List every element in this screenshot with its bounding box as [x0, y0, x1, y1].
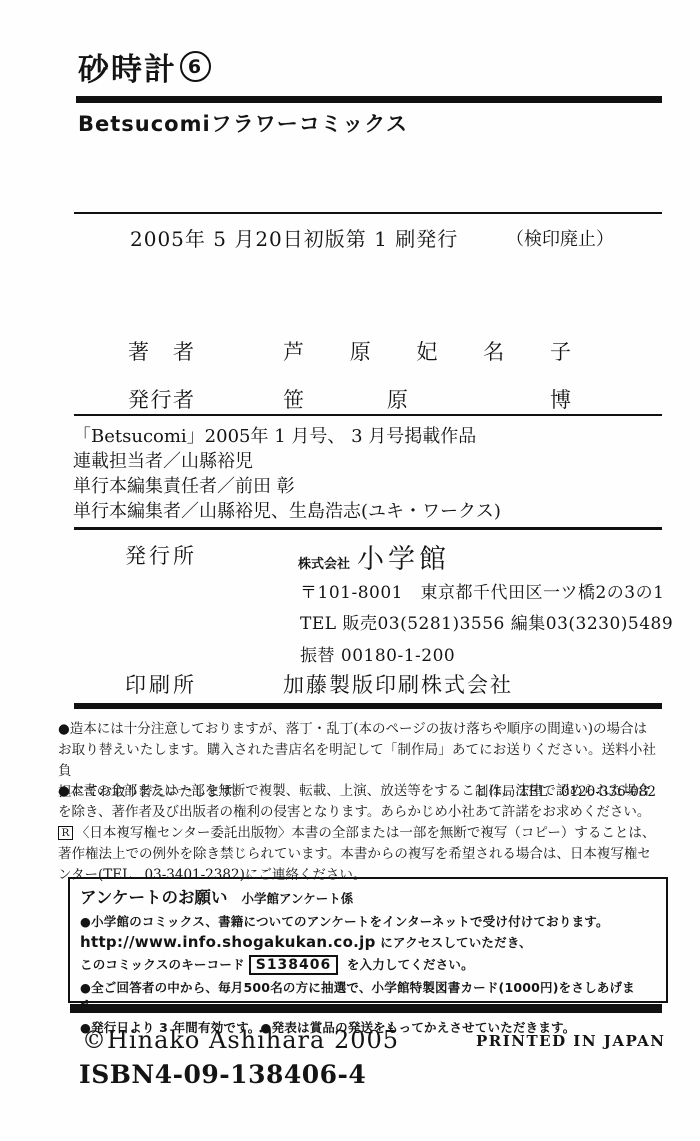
inspection-note: （検印廃止） [506, 225, 614, 251]
book-title: 砂時計 [78, 44, 177, 89]
survey-line-3: このコミックスのキーコードS138406 を入力してください。 [80, 955, 656, 975]
publisher-tel: TEL 販売03(5281)3556 編集03(3230)5489 [300, 609, 673, 634]
survey-line-2-rest: にアクセスしていただき、 [376, 935, 532, 950]
copyright-line: ©Hinako Ashihara 2005 [82, 1026, 399, 1054]
volume-chief-editor: 単行本編集責任者／前田 彰 [73, 474, 613, 499]
publisher-transfer: 振替 00180-1-200 [300, 641, 455, 666]
edition-date: 2005年 5 月20日初版第 1 刷発行 [130, 223, 458, 252]
edition-rule [74, 212, 662, 214]
survey-line-1: ●小学館のコミックス、書籍についてのアンケートをインターネットで受け付けておりま… [80, 912, 656, 930]
author-name: 芦原妃名子 [283, 336, 571, 366]
legal-line: ●本書の全部または一部を無断で複製、転載、上演、放送等をすることは、法律で認めら… [58, 781, 656, 802]
legal-notice-copyright: ●本書の全部または一部を無断で複製、転載、上演、放送等をすることは、法律で認めら… [58, 781, 656, 886]
volume-editors: 単行本編集者／山縣裕児、生島浩志(ユキ・ワークス) [73, 499, 613, 524]
company-name: 小学館 [357, 537, 450, 576]
printer-label: 印刷所 [125, 669, 197, 699]
colophon-page: 砂時計 6 Betsucomiフラワーコミックス 2005年 5 月20日初版第… [0, 0, 700, 1141]
page-title: 砂時計 6 [78, 44, 211, 89]
legal-line: ●造本には十分注意しておりますが、落丁・乱丁(本のページの抜け落ちや順序の間違い… [58, 719, 656, 740]
publisher-label: 発行者 [128, 384, 194, 414]
volume-badge: 6 [180, 51, 211, 82]
legal-line-text: 〈日本複写権センター委託出版物〉本書の全部または一部を無断で複写（コピー）するこ… [76, 825, 655, 841]
serial-editor: 連載担当者／山縣裕児 [73, 449, 613, 474]
survey-line-2: http://www.info.shogakukan.co.jp にアクセスして… [80, 933, 656, 951]
author-label: 著者 [128, 336, 194, 366]
survey-heading-sub: 小学館アンケート係 [242, 889, 354, 907]
legal-line: 著作権法上での例外を除き禁じられています。本書からの複写を希望される場合は、日本… [58, 844, 656, 865]
legal-line: お取り替えいたします。購入された書店名を明記して「制作局」あてにお送りください。… [58, 740, 656, 782]
company-prefix: 株式会社 [298, 553, 350, 572]
survey-header: アンケートのお願い 小学館アンケート係 [80, 884, 656, 908]
keycode-suffix: を入力してください。 [342, 957, 474, 972]
legal-line: R〈日本複写権センター委託出版物〉本書の全部または一部を無断で複写（コピー）する… [58, 823, 656, 844]
publisher-address: 〒101-8001 東京都千代田区一ツ橋2の3の1 [300, 578, 664, 603]
title-rule [76, 96, 662, 103]
series-label: Betsucomiフラワーコミックス [78, 108, 408, 138]
magazine-credits: 「Betsucomi」2005年 1 月号、 3 月号掲載作品 連載担当者／山縣… [73, 424, 613, 524]
credits-rule [74, 414, 662, 416]
legal-line: を除き、著作者及び出版者の権利の侵害となります。あらかじめ小社あて許諾をお求めく… [58, 802, 656, 823]
printed-in-japan: PRINTED IN JAPAN [476, 1032, 666, 1050]
survey-url: http://www.info.shogakukan.co.jp [80, 933, 376, 951]
publishing-house-label: 発行所 [125, 540, 197, 570]
isbn: ISBN4-09-138406-4 [79, 1060, 366, 1089]
copyright-r-mark: R [58, 826, 73, 840]
publishing-house: 株式会社 小学館 [298, 537, 450, 576]
survey-box: アンケートのお願い 小学館アンケート係 ●小学館のコミックス、書籍についてのアン… [68, 877, 668, 1003]
magazine-rule [74, 527, 662, 530]
publisher-name: 笹 原 博 [283, 384, 571, 414]
magazine-issues: 「Betsucomi」2005年 1 月号、 3 月号掲載作品 [73, 424, 613, 449]
footer-bar [70, 1004, 662, 1013]
survey-heading: アンケートのお願い [80, 884, 228, 908]
printer-rule [74, 703, 662, 709]
keycode-prefix: このコミックスのキーコード [80, 957, 245, 972]
keycode-value: S138406 [249, 955, 339, 975]
printer-company: 加藤製版印刷株式会社 [283, 669, 513, 699]
